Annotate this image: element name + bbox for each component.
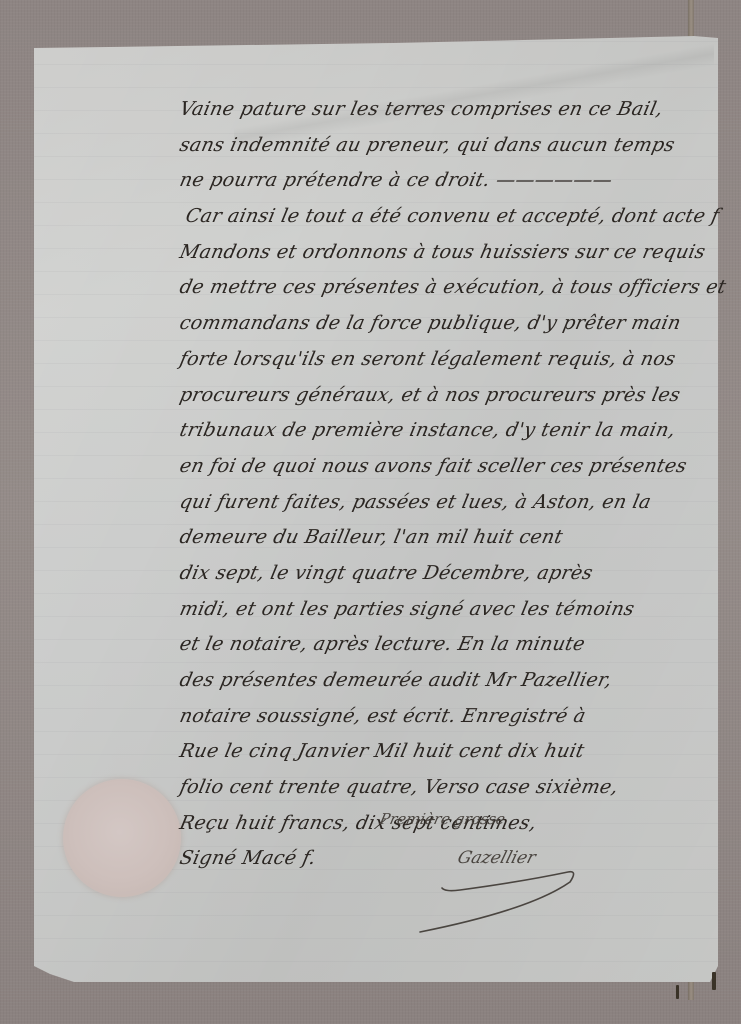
text-line: Vaine pature sur les terres comprises en… <box>176 92 724 128</box>
text-line: Rue le cinq Janvier Mil huit cent dix hu… <box>176 734 724 770</box>
text-line: Car ainsi le tout a été convenu et accep… <box>176 199 724 235</box>
text-line: de mettre ces présentes à exécution, à t… <box>176 270 724 306</box>
text-line: forte lorsqu'ils en seront légalement re… <box>176 342 724 378</box>
text-line: en foi de quoi nous avons fait sceller c… <box>176 449 724 485</box>
text-line: tribunaux de première instance, d'y teni… <box>176 413 724 449</box>
text-line: procureurs généraux, et à nos procureurs… <box>176 378 724 414</box>
text-line: demeure du Bailleur, l'an mil huit cent <box>176 520 724 556</box>
text-line: dix sept, le vingt quatre Décembre, aprè… <box>176 556 724 592</box>
text-line: des présentes demeurée audit Mr Pazellie… <box>176 663 724 699</box>
wax-seal-stain <box>63 779 181 897</box>
text-line: folio cent trente quatre, Verso case six… <box>176 770 724 806</box>
text-line: notaire soussigné, est écrit. Enregistré… <box>176 699 724 735</box>
tear-mark <box>676 985 679 999</box>
text-line: et le notaire, après lecture. En la minu… <box>176 627 724 663</box>
text-line: ne pourra prétendre à ce droit. —————— <box>176 163 724 199</box>
text-line: qui furent faites, passées et lues, à As… <box>176 485 724 521</box>
handwritten-text-body: Vaine pature sur les terres comprises en… <box>176 92 716 877</box>
tear-mark <box>712 972 716 990</box>
text-line: commandans de la force publique, d'y prê… <box>176 306 724 342</box>
closing-note: Première grosse <box>378 810 507 828</box>
text-line: Mandons et ordonnons à tous huissiers su… <box>176 235 724 271</box>
signature-flourish-icon <box>400 860 600 940</box>
text-line: sans indemnité au preneur, qui dans aucu… <box>176 128 724 164</box>
text-line: midi, et ont les parties signé avec les … <box>176 592 724 628</box>
